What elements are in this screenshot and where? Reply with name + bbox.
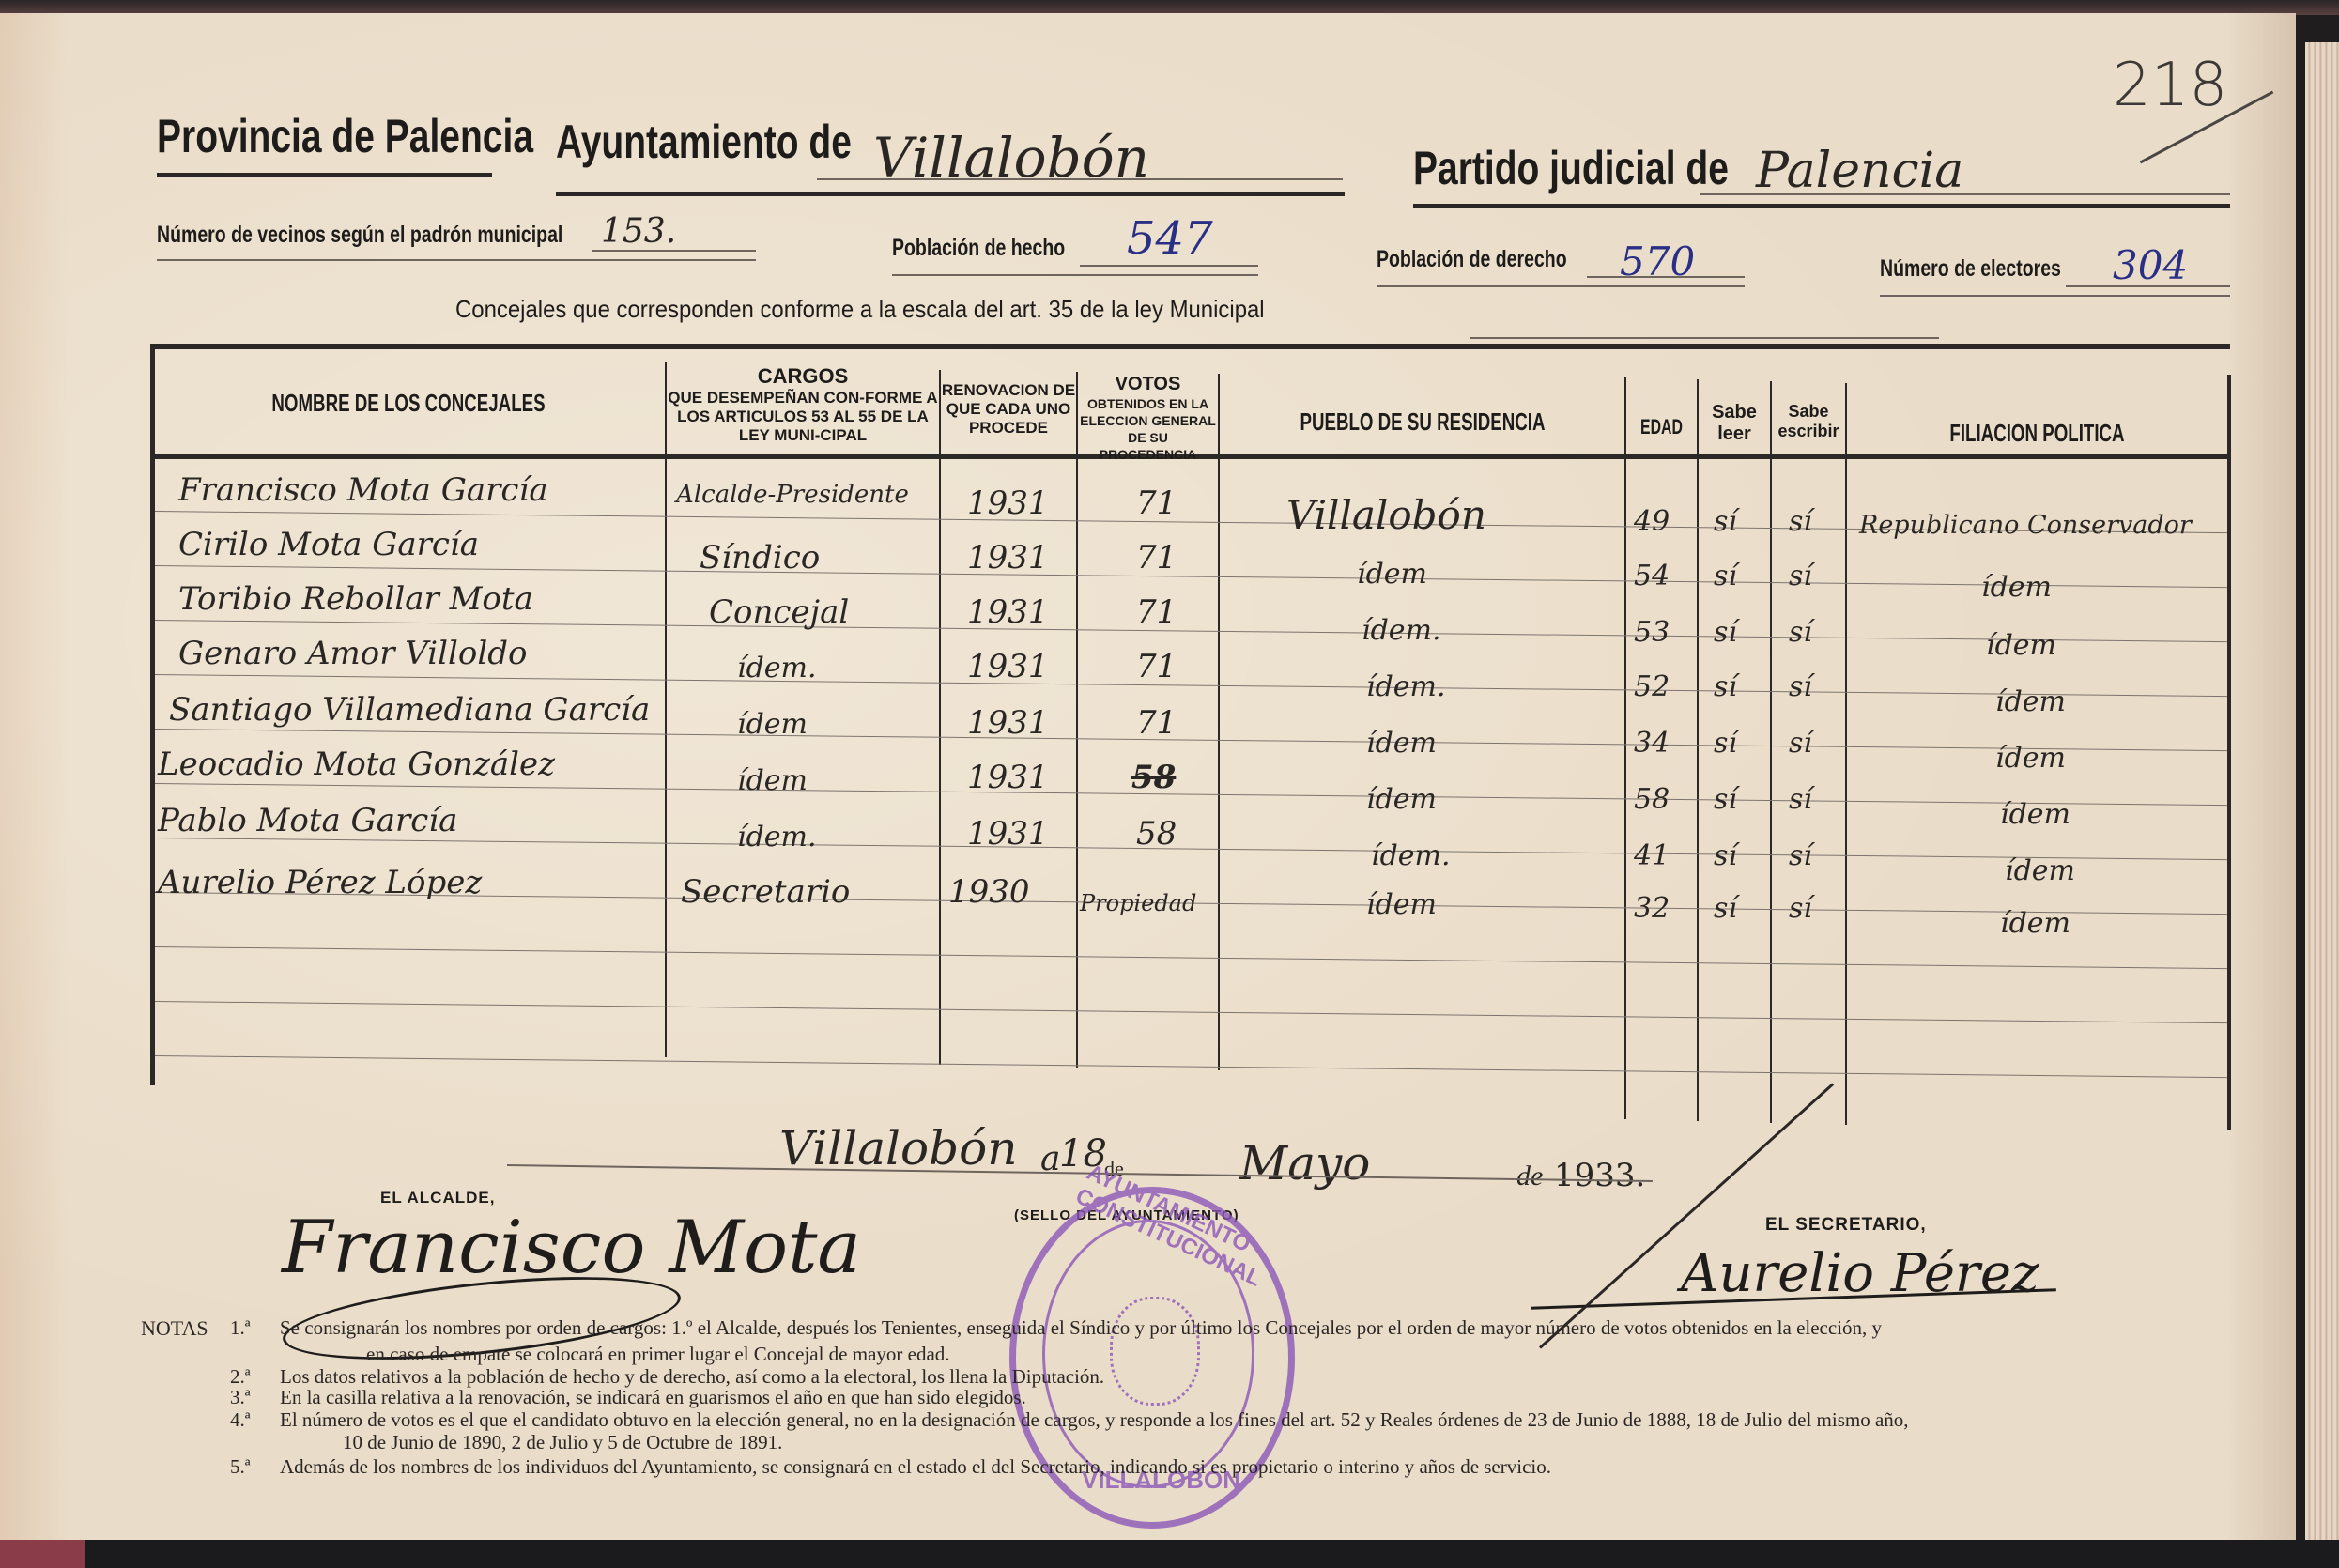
cell-pueblo: ídem — [1366, 888, 1437, 921]
alcalde-label: EL ALCALDE, — [380, 1189, 495, 1207]
cell-votos-overwritten: 58 — [1131, 759, 1176, 796]
cell-leer: sí — [1714, 892, 1737, 925]
note-text: En la casilla relativa a la renovación, … — [280, 1386, 1026, 1409]
row-rule — [155, 1001, 2227, 1023]
cell-filiacion: ídem — [1995, 685, 2066, 718]
header-renovacion: RENOVACION DE QUE CADA UNO PROCEDE — [941, 381, 1076, 438]
header-nombre-text: NOMBRE DE LOS CONCEJALES — [226, 389, 592, 418]
header-nombre: NOMBRE DE LOS CONCEJALES — [155, 389, 662, 418]
cell-filiacion: ídem — [2000, 798, 2070, 831]
vecinos-line — [592, 250, 756, 252]
row-rule — [155, 1055, 2227, 1078]
cell-edad: 32 — [1634, 892, 1670, 925]
cell-renovacion: 1931 — [967, 815, 1049, 853]
cell-cargo: ídem. — [737, 652, 817, 684]
cell-nombre: Pablo Mota García — [158, 802, 457, 839]
col-sep — [1076, 372, 1078, 1068]
col-sep — [1697, 379, 1699, 1121]
header-votos: VOTOS OBTENIDOS EN LA ELECCION GENERAL D… — [1078, 374, 1218, 463]
cell-renovacion: 1931 — [967, 484, 1049, 522]
cell-escribir: sí — [1789, 783, 1812, 816]
cell-cargo: ídem. — [737, 821, 817, 853]
cell-nombre: Aurelio Pérez López — [158, 864, 482, 901]
cell-leer: sí — [1714, 783, 1737, 816]
cell-escribir: sí — [1789, 670, 1812, 703]
header-cargos: CARGOS QUE DESEMPEÑAN CON-FORME A LOS AR… — [667, 364, 939, 445]
book-binding-corner — [0, 1540, 85, 1568]
cell-pueblo: ídem. — [1371, 839, 1451, 872]
cell-filiacion: ídem — [1995, 742, 2066, 775]
cell-renovacion: 1931 — [967, 539, 1049, 576]
header-cargos-title: CARGOS — [667, 364, 939, 389]
electores-line — [2066, 285, 2230, 287]
cell-cargo: ídem — [737, 764, 808, 797]
cell-pueblo: ídem. — [1366, 670, 1446, 703]
header-sabe-escribir: Sabe escribir — [1772, 402, 1845, 441]
hecho-label: Población de hecho — [892, 235, 1065, 262]
vecinos-label: Número de vecinos según el padrón munici… — [157, 222, 562, 249]
cell-edad: 54 — [1634, 560, 1670, 592]
note-text: Además de los nombres de los individuos … — [280, 1455, 1551, 1479]
cell-cargo: ídem — [737, 708, 808, 741]
note-num: 5.ª — [230, 1455, 251, 1479]
date-month: Mayo — [1239, 1136, 1370, 1191]
cell-leer: sí — [1714, 727, 1737, 760]
cell-leer: sí — [1714, 560, 1737, 592]
ayuntamiento-underline — [556, 192, 1345, 196]
cell-cargo: Secretario — [681, 873, 850, 911]
vecinos-line2 — [157, 259, 756, 261]
cell-pueblo: ídem — [1357, 558, 1427, 591]
cell-edad: 58 — [1634, 783, 1670, 816]
cell-filiacion: Republicano Conservador — [1859, 511, 2192, 540]
cell-escribir: sí — [1789, 892, 1812, 925]
row-rule — [155, 838, 2227, 860]
note-num: 4.ª — [230, 1408, 251, 1432]
secretario-label: EL SECRETARIO, — [1765, 1215, 1927, 1236]
cell-cargo: Síndico — [700, 539, 820, 576]
cell-votos: 71 — [1136, 593, 1177, 631]
derecho-label: Población de derecho — [1377, 246, 1567, 273]
cell-votos: 71 — [1136, 484, 1177, 522]
cell-renovacion: 1930 — [948, 873, 1030, 911]
hecho-line — [1080, 265, 1258, 267]
notes-label: NOTAS — [141, 1316, 208, 1341]
cell-leer: sí — [1714, 616, 1737, 649]
header-filiacion-text: FILIACION POLITICA — [1900, 419, 2175, 448]
col-sep — [665, 362, 667, 1057]
cell-escribir: sí — [1789, 616, 1812, 649]
cell-nombre: Francisco Mota García — [178, 471, 548, 509]
note-text: Se consignarán los nombres por orden de … — [280, 1316, 1882, 1340]
cell-escribir: sí — [1789, 727, 1812, 760]
cell-votos: Propiedad — [1080, 890, 1196, 916]
header-filiacion: FILIACION POLITICA — [1847, 419, 2227, 448]
cell-votos: 58 — [1136, 815, 1177, 853]
cell-leer: sí — [1714, 505, 1737, 538]
ayuntamiento-label: Ayuntamiento de — [556, 115, 852, 169]
cell-nombre: Leocadio Mota González — [158, 746, 555, 783]
cell-pueblo: ídem — [1366, 783, 1437, 816]
note-text-cont: 10 de Junio de 1890, 2 de Julio y 5 de O… — [343, 1431, 782, 1454]
partido-label: Partido judicial de — [1413, 141, 1729, 195]
cell-filiacion: ídem — [2005, 854, 2075, 887]
cell-renovacion: 1931 — [967, 648, 1049, 685]
date-de2: de — [1516, 1161, 1543, 1192]
row-rule — [155, 946, 2227, 969]
cell-leer: sí — [1714, 670, 1737, 703]
cell-nombre: Genaro Amor Villoldo — [178, 635, 527, 672]
cell-nombre: Santiago Villamediana García — [169, 691, 650, 729]
electores-value: 304 — [2113, 242, 2188, 288]
stamp-crest-icon — [1110, 1297, 1200, 1406]
cell-filiacion: ídem — [1981, 571, 2052, 604]
cell-renovacion: 1931 — [967, 593, 1049, 631]
cell-escribir: sí — [1789, 505, 1812, 538]
electores-label: Número de electores — [1880, 255, 2061, 283]
header-votos-title: VOTOS — [1078, 374, 1218, 395]
cell-edad: 49 — [1634, 505, 1670, 538]
note-num: 3.ª — [230, 1386, 251, 1409]
cell-votos: 71 — [1136, 539, 1177, 576]
cell-escribir: sí — [1789, 560, 1812, 592]
header-edad: EDAD — [1626, 415, 1697, 439]
col-sep — [1218, 374, 1220, 1070]
cell-nombre: Cirilo Mota García — [178, 526, 479, 563]
derecho-line2 — [1377, 285, 1745, 287]
cell-filiacion: ídem — [1986, 629, 2056, 662]
hecho-value: 547 — [1127, 212, 1213, 265]
col-sep — [1770, 381, 1772, 1123]
cell-cargo: Concejal — [709, 593, 849, 631]
vecinos-value: 153. — [601, 212, 676, 251]
table-right-border — [2227, 375, 2231, 1130]
date-place: Villalobón — [779, 1121, 1017, 1176]
cell-edad: 52 — [1634, 670, 1670, 703]
cell-pueblo: ídem. — [1362, 614, 1441, 647]
header-sabe-leer: Sabe leer — [1699, 402, 1770, 445]
note-text: El número de votos es el que el candidat… — [280, 1408, 1909, 1432]
header-votos-sub: OBTENIDOS EN LA ELECCION GENERAL DE SU P… — [1078, 395, 1218, 463]
cell-filiacion: ídem — [2000, 907, 2070, 940]
cell-votos: 71 — [1136, 704, 1177, 742]
cell-pueblo: Villalobón — [1286, 492, 1486, 538]
note-num: 1.ª — [230, 1316, 251, 1340]
row-rule — [155, 783, 2227, 806]
document-page: 218 Provincia de Palencia Ayuntamiento d… — [0, 13, 2296, 1542]
header-cargos-sub: QUE DESEMPEÑAN CON-FORME A LOS ARTICULOS… — [667, 389, 939, 445]
cell-renovacion: 1931 — [967, 704, 1049, 742]
cell-cargo: Alcalde-Presidente — [676, 481, 909, 509]
header-pueblo: PUEBLO DE SU RESIDENCIA — [1221, 407, 1624, 437]
book-page-edges — [2305, 42, 2339, 1540]
electores-line2 — [1880, 295, 2230, 297]
cell-leer: sí — [1714, 839, 1737, 872]
partido-fill-line — [1700, 193, 2230, 195]
header-edad-text: EDAD — [1637, 415, 1687, 439]
cell-renovacion: 1931 — [967, 759, 1049, 796]
page-number: 218 — [2113, 51, 2227, 120]
cell-votos: 71 — [1136, 648, 1177, 685]
partido-value: Palencia — [1756, 143, 1963, 199]
col-sep — [939, 370, 941, 1065]
col-sep — [1624, 377, 1626, 1119]
cell-edad: 34 — [1634, 727, 1670, 760]
partido-underline — [1413, 204, 2230, 208]
cell-edad: 53 — [1634, 616, 1670, 649]
table-top-border — [150, 344, 2230, 349]
cell-nombre: Toribio Rebollar Mota — [178, 580, 533, 618]
ayuntamiento-fill-line — [817, 178, 1343, 180]
cell-escribir: sí — [1789, 839, 1812, 872]
provincia-label: Provincia de Palencia — [157, 109, 533, 163]
provincia-underline — [157, 173, 492, 177]
concejales-fill-line — [1470, 337, 1939, 339]
header-pueblo-text: PUEBLO DE SU RESIDENCIA — [1277, 407, 1568, 437]
book-binding-bottom — [0, 1540, 2339, 1568]
derecho-line — [1587, 276, 1745, 278]
concejales-line: Concejales que corresponden conforme a l… — [455, 295, 1265, 324]
col-sep — [1845, 383, 1847, 1125]
note-text-cont: en caso de empate se colocará en primer … — [366, 1343, 950, 1366]
cell-edad: 41 — [1634, 839, 1670, 872]
date-year: 1933. — [1554, 1157, 1645, 1194]
cell-pueblo: ídem — [1366, 727, 1437, 760]
hecho-line2 — [892, 274, 1258, 276]
